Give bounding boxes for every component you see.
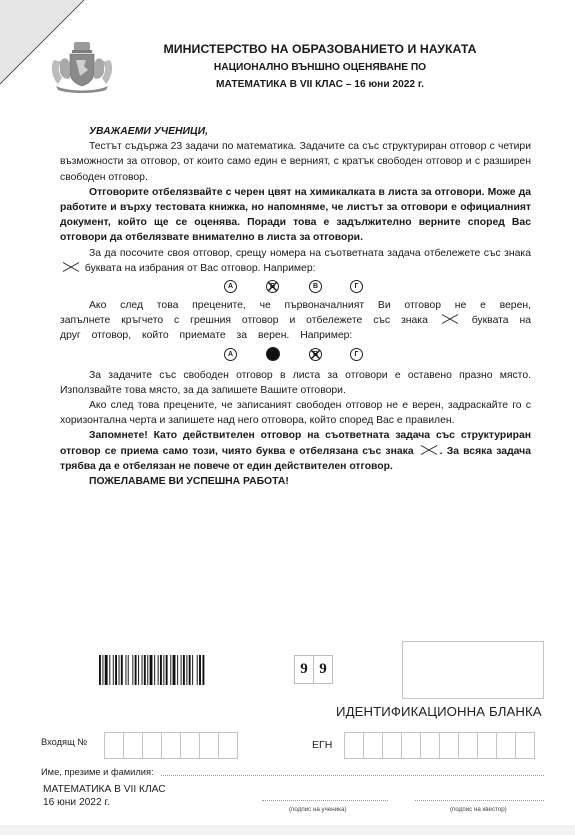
digit-cell[interactable]	[104, 732, 124, 759]
exam-title: НАЦИОНАЛНО ВЪНШНО ОЦЕНЯВАНЕ ПО	[140, 60, 500, 76]
digit-cell[interactable]	[515, 732, 535, 759]
answer-letter: В	[313, 283, 318, 290]
student-signature-line[interactable]	[262, 800, 388, 801]
digit-cell[interactable]	[180, 732, 200, 759]
greeting: УВАЖАЕМИ УЧЕНИЦИ,	[60, 124, 531, 139]
coat-of-arms-icon	[48, 38, 116, 94]
answer-option-3: В	[309, 280, 322, 293]
answer-option-1: А	[224, 280, 237, 293]
proctor-signature-line[interactable]	[415, 800, 544, 801]
digit-cell[interactable]	[344, 732, 364, 759]
answer-letter: Г	[355, 351, 359, 358]
answer-option-2: Б	[266, 280, 279, 293]
sticker-box[interactable]	[402, 641, 544, 699]
identification-form-title: ИДЕНТИФИКАЦИОННА БЛАНКА	[336, 704, 542, 719]
answer-letter: А	[228, 283, 233, 290]
cross-mark-icon	[441, 314, 459, 324]
egn-label: ЕГН	[312, 739, 332, 751]
instructions: УВАЖАЕМИ УЧЕНИЦИ, Тестът съдържа 23 зада…	[60, 124, 531, 489]
answer-option-4: Г	[350, 348, 363, 361]
digit-cell[interactable]	[161, 732, 181, 759]
text: Ако след това прецените, че първоначални…	[60, 300, 531, 326]
paragraph-remember: Запомнете! Като действителен отговор на …	[60, 428, 531, 474]
digit-cell[interactable]	[382, 732, 402, 759]
cross-mark-icon	[420, 445, 438, 455]
variant-digit: 9	[313, 655, 333, 684]
incoming-number-label: Входящ №	[41, 737, 87, 747]
ministry-title: МИНИСТЕРСТВО НА ОБРАЗОВАНИЕТО И НАУКАТА	[140, 41, 500, 57]
footer-subject-name: МАТЕМАТИКА В VII КЛАС	[43, 783, 166, 796]
digit-cell[interactable]	[123, 732, 143, 759]
student-signature-caption: (подпис на ученика)	[289, 806, 347, 813]
cross-mark-icon	[266, 280, 279, 293]
example-answer-row-2: АВГ	[60, 344, 531, 366]
paragraph-mark-answer: За да посочите своя отговор, срещу номер…	[60, 246, 531, 276]
answer-letter: А	[228, 351, 233, 358]
digit-cell[interactable]	[401, 732, 421, 759]
cross-mark-icon	[309, 348, 322, 361]
text: буквата на избрания от Вас отговор. Напр…	[85, 263, 316, 274]
variant-digit: 9	[294, 655, 314, 684]
text: За да посочите своя отговор, срещу номер…	[89, 248, 531, 259]
example-answer-row-1: АБВГ	[60, 276, 531, 298]
footer-date: 16 юни 2022 г.	[43, 796, 166, 809]
digit-cell[interactable]	[420, 732, 440, 759]
full-name-label: Име, презиме и фамилия:	[41, 767, 154, 777]
paragraph-free-answer: За задачите със свободен отговор в листа…	[60, 368, 531, 398]
answer-option-2	[266, 347, 280, 361]
paragraph-answer-sheet: Отговорите отбелязвайте с черен цвят на …	[60, 185, 531, 246]
page-bottom-edge	[0, 825, 575, 835]
proctor-signature-caption: (подпис на квестор)	[450, 806, 507, 813]
digit-cell[interactable]	[363, 732, 383, 759]
subject-date: МАТЕМАТИКА В VII КЛАС – 16 юни 2022 г.	[140, 77, 500, 93]
answer-option-4: Г	[350, 280, 363, 293]
digit-cell[interactable]	[458, 732, 478, 759]
digit-cell[interactable]	[496, 732, 516, 759]
egn-field[interactable]	[345, 732, 535, 759]
variant-number: 99	[295, 655, 333, 684]
answer-option-1: А	[224, 348, 237, 361]
paragraph-test-description: Тестът съдържа 23 задачи по математика. …	[60, 139, 531, 185]
digit-cell[interactable]	[142, 732, 162, 759]
paragraph-change-answer: Ако след това прецените, че първоначални…	[60, 298, 531, 344]
barcode	[99, 655, 249, 685]
good-luck-wish: ПОЖЕЛАВАМЕ ВИ УСПЕШНА РАБОТА!	[60, 474, 531, 489]
cross-mark-icon	[62, 262, 80, 272]
footer-subject: МАТЕМАТИКА В VII КЛАС 16 юни 2022 г.	[43, 783, 166, 809]
digit-cell[interactable]	[477, 732, 497, 759]
answer-letter: Г	[355, 283, 359, 290]
digit-cell[interactable]	[199, 732, 219, 759]
answer-option-3: В	[309, 348, 322, 361]
document-header: МИНИСТЕРСТВО НА ОБРАЗОВАНИЕТО И НАУКАТА …	[140, 41, 500, 93]
incoming-number-field[interactable]	[105, 732, 238, 759]
digit-cell[interactable]	[439, 732, 459, 759]
full-name-field[interactable]	[161, 775, 544, 776]
paragraph-correct-free-answer: Ако след това прецените, че записаният с…	[60, 398, 531, 428]
digit-cell[interactable]	[218, 732, 238, 759]
